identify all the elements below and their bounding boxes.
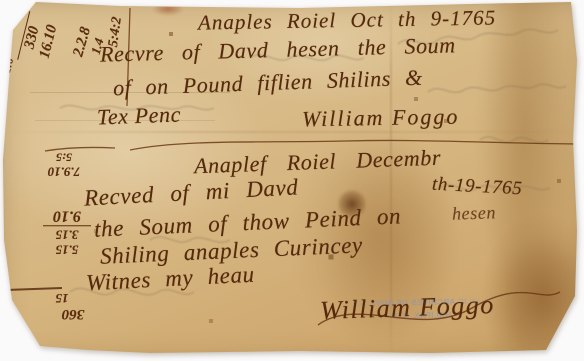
paper-specks xyxy=(0,0,2,2)
receipt1-signature: William Foggo xyxy=(302,104,460,133)
margin-value: 3.15 xyxy=(56,226,79,241)
margin-value: 5.15 xyxy=(56,241,79,256)
margin-value: 15 xyxy=(56,290,91,305)
margin-value: 5:5 xyxy=(56,150,72,164)
receipt2-date: th-19-1765 xyxy=(431,174,522,201)
margin-value: 1:6 xyxy=(1,57,17,74)
margin-value: 7.9.10 xyxy=(48,164,81,179)
receipt1-line4: Tex Penc xyxy=(97,102,182,131)
margin-value: 360 xyxy=(62,305,85,322)
manuscript-paper: PUBLIC ARCHIVES OF NOVA SCOTIA HALIFAX, … xyxy=(0,0,584,361)
margin-sum-group: 5.15 3.15 9.10 xyxy=(30,206,104,256)
margin-group-mid-upper: 7.9.10 5:5 xyxy=(28,150,100,179)
paper-shadow: PUBLIC ARCHIVES OF NOVA SCOTIA HALIFAX, … xyxy=(0,0,584,361)
receipt2-signature: William Foggo xyxy=(320,290,496,326)
receipt2-line2-cont: hesen xyxy=(452,202,497,225)
scanned-receipt-image: PUBLIC ARCHIVES OF NOVA SCOTIA HALIFAX, … xyxy=(0,0,584,361)
receipt1-header: Anaples Roiel Oct th 9-1765 xyxy=(198,5,497,35)
